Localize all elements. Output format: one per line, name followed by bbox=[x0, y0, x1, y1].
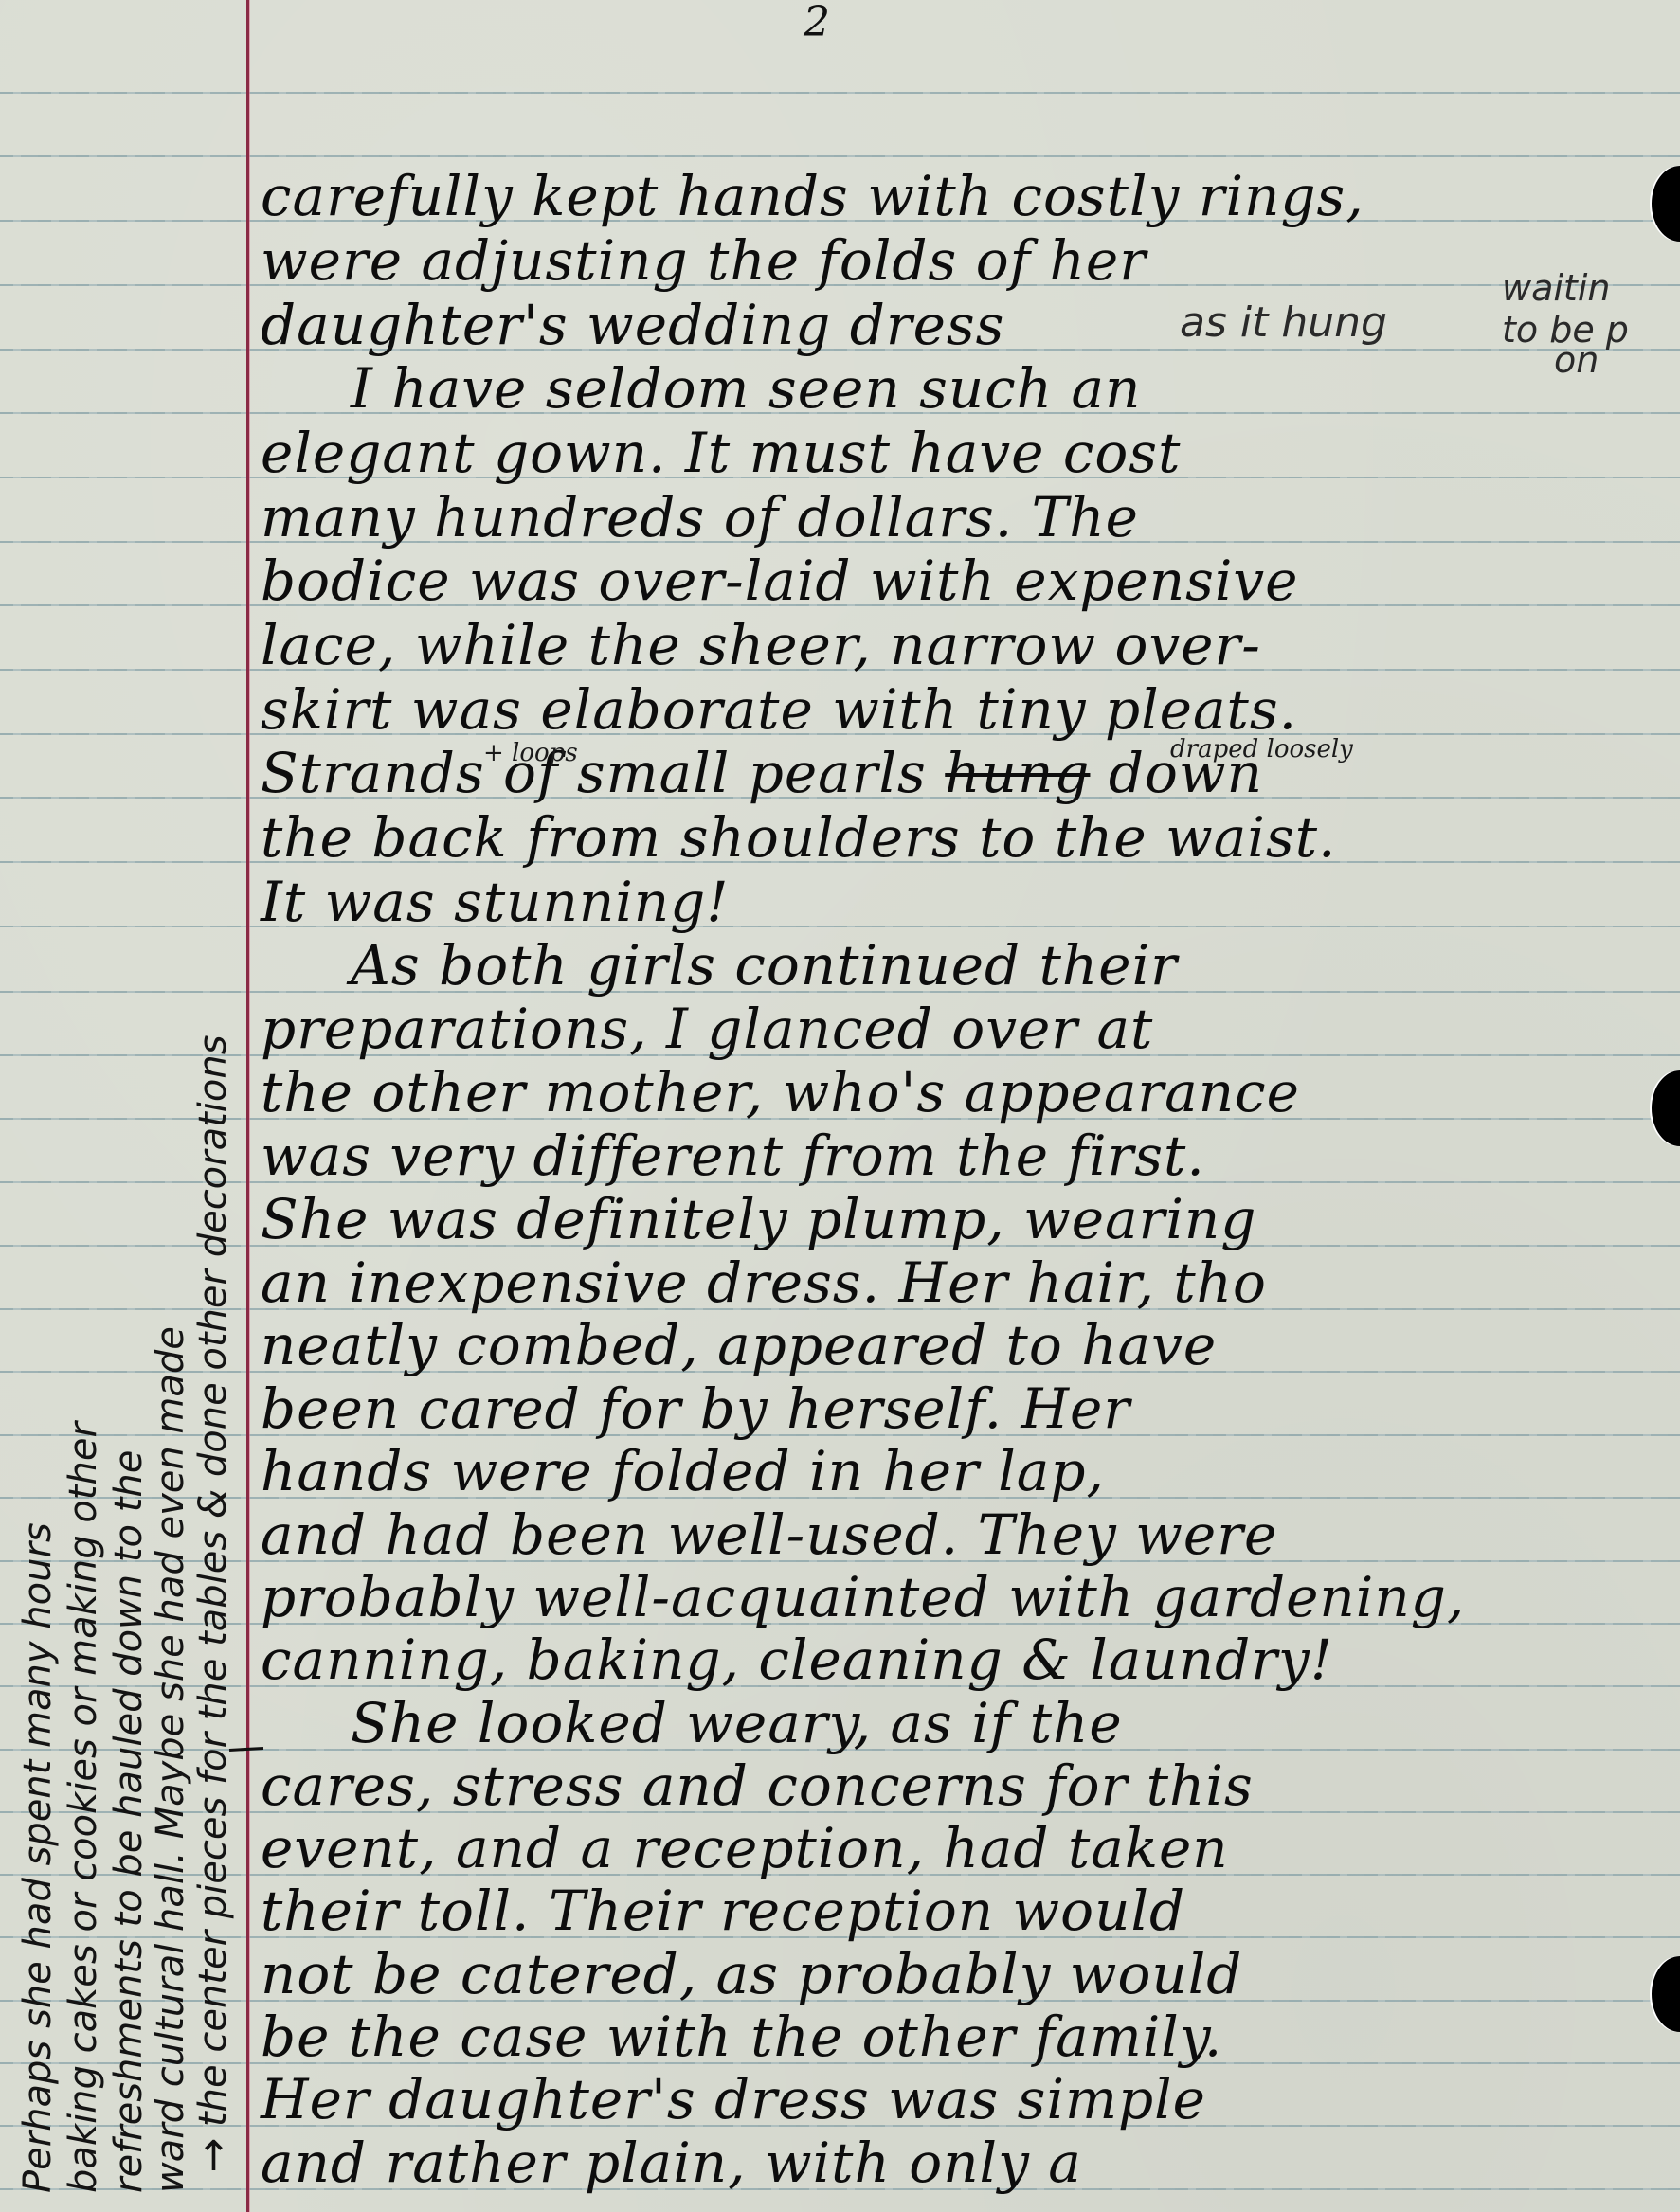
text-line: and rather plain, with only a bbox=[261, 2135, 1082, 2190]
notebook-page: 2 carefully kept hands with costly rings… bbox=[0, 0, 1680, 2212]
text-line: an inexpensive dress. Her hair, tho bbox=[261, 1255, 1267, 1310]
insertion-above: draped loosely bbox=[1170, 735, 1353, 764]
text-line: the back from shoulders to the waist. bbox=[261, 810, 1336, 865]
text-line: skirt was elaborate with tiny pleats. bbox=[261, 682, 1297, 737]
text-line-content: Strands of small pearls bbox=[261, 741, 927, 805]
text-line: their toll. Their reception would bbox=[261, 1883, 1185, 1938]
text-line: preparations, I glanced over at bbox=[261, 1001, 1153, 1056]
text-line: bodice was over-laid with expensive bbox=[261, 553, 1299, 608]
margin-note-line: the center pieces for the tables & done … bbox=[194, 1034, 232, 2127]
text-line: As both girls continued their bbox=[261, 938, 1178, 993]
text-line: been cared for by herself. Her bbox=[261, 1381, 1130, 1436]
insertion-above: + loops bbox=[483, 739, 578, 767]
text-line: daughter's wedding dress bbox=[261, 297, 1004, 352]
text-line: and had been well-used. They were bbox=[261, 1507, 1277, 1562]
text-line: were adjusting the folds of her bbox=[261, 233, 1147, 288]
inserted-phrase: waitin bbox=[1502, 267, 1610, 309]
margin-note: Perhaps she had spent many hours baking … bbox=[0, 0, 246, 2212]
text-line: cares, stress and concerns for this bbox=[261, 1758, 1254, 1813]
text-line: not be catered, as probably would bbox=[261, 1947, 1242, 2002]
text-line: lace, while the sheer, narrow over- bbox=[261, 618, 1261, 673]
text-line: be the case with the other family. bbox=[261, 2009, 1222, 2064]
inserted-phrase: on bbox=[1554, 339, 1599, 381]
rule-line bbox=[0, 92, 1680, 94]
margin-note-line: ward cultural hall. Maybe she had even m… bbox=[152, 1326, 190, 2193]
text-line: canning, baking, cleaning & laundry! bbox=[261, 1632, 1333, 1687]
inserted-phrase: as it hung bbox=[1180, 298, 1387, 347]
text-line: event, and a reception, had taken bbox=[261, 1821, 1229, 1876]
text-line: the other mother, who's appearance bbox=[261, 1065, 1300, 1120]
rule-line bbox=[0, 926, 1680, 927]
margin-note-line: baking cakes or cookies or making other bbox=[64, 1422, 102, 2193]
struck-word: hung bbox=[945, 741, 1090, 805]
text-line: many hundreds of dollars. The bbox=[261, 490, 1139, 545]
margin-note-line: refreshments to be hauled down to the bbox=[110, 1450, 148, 2193]
text-line: Strands of small pearls hung down bbox=[261, 746, 1263, 800]
arrow-icon: ↑ bbox=[196, 2132, 231, 2181]
text-line: It was stunning! bbox=[261, 874, 730, 929]
text-line: probably well-acquainted with gardening, bbox=[261, 1570, 1465, 1625]
text-line: Her daughter's dress was simple bbox=[261, 2072, 1206, 2127]
text-line: carefully kept hands with costly rings, bbox=[261, 169, 1364, 224]
rule-line bbox=[0, 155, 1680, 157]
text-line: was very different from the first. bbox=[261, 1128, 1205, 1183]
text-line: hands were folded in her lap, bbox=[261, 1444, 1105, 1499]
text-line: She was definitely plump, wearing bbox=[261, 1192, 1256, 1247]
text-line: I have seldom seen such an bbox=[261, 361, 1141, 416]
text-line: She looked weary, as if the bbox=[261, 1696, 1123, 1751]
margin-line bbox=[246, 0, 249, 2212]
text-line-content: daughter's wedding dress bbox=[261, 293, 1004, 357]
text-line: neatly combed, appeared to have bbox=[261, 1318, 1217, 1373]
text-line: elegant gown. It must have cost bbox=[261, 425, 1181, 480]
margin-note-line: Perhaps she had spent many hours bbox=[19, 1522, 57, 2193]
page-number: 2 bbox=[804, 0, 830, 46]
